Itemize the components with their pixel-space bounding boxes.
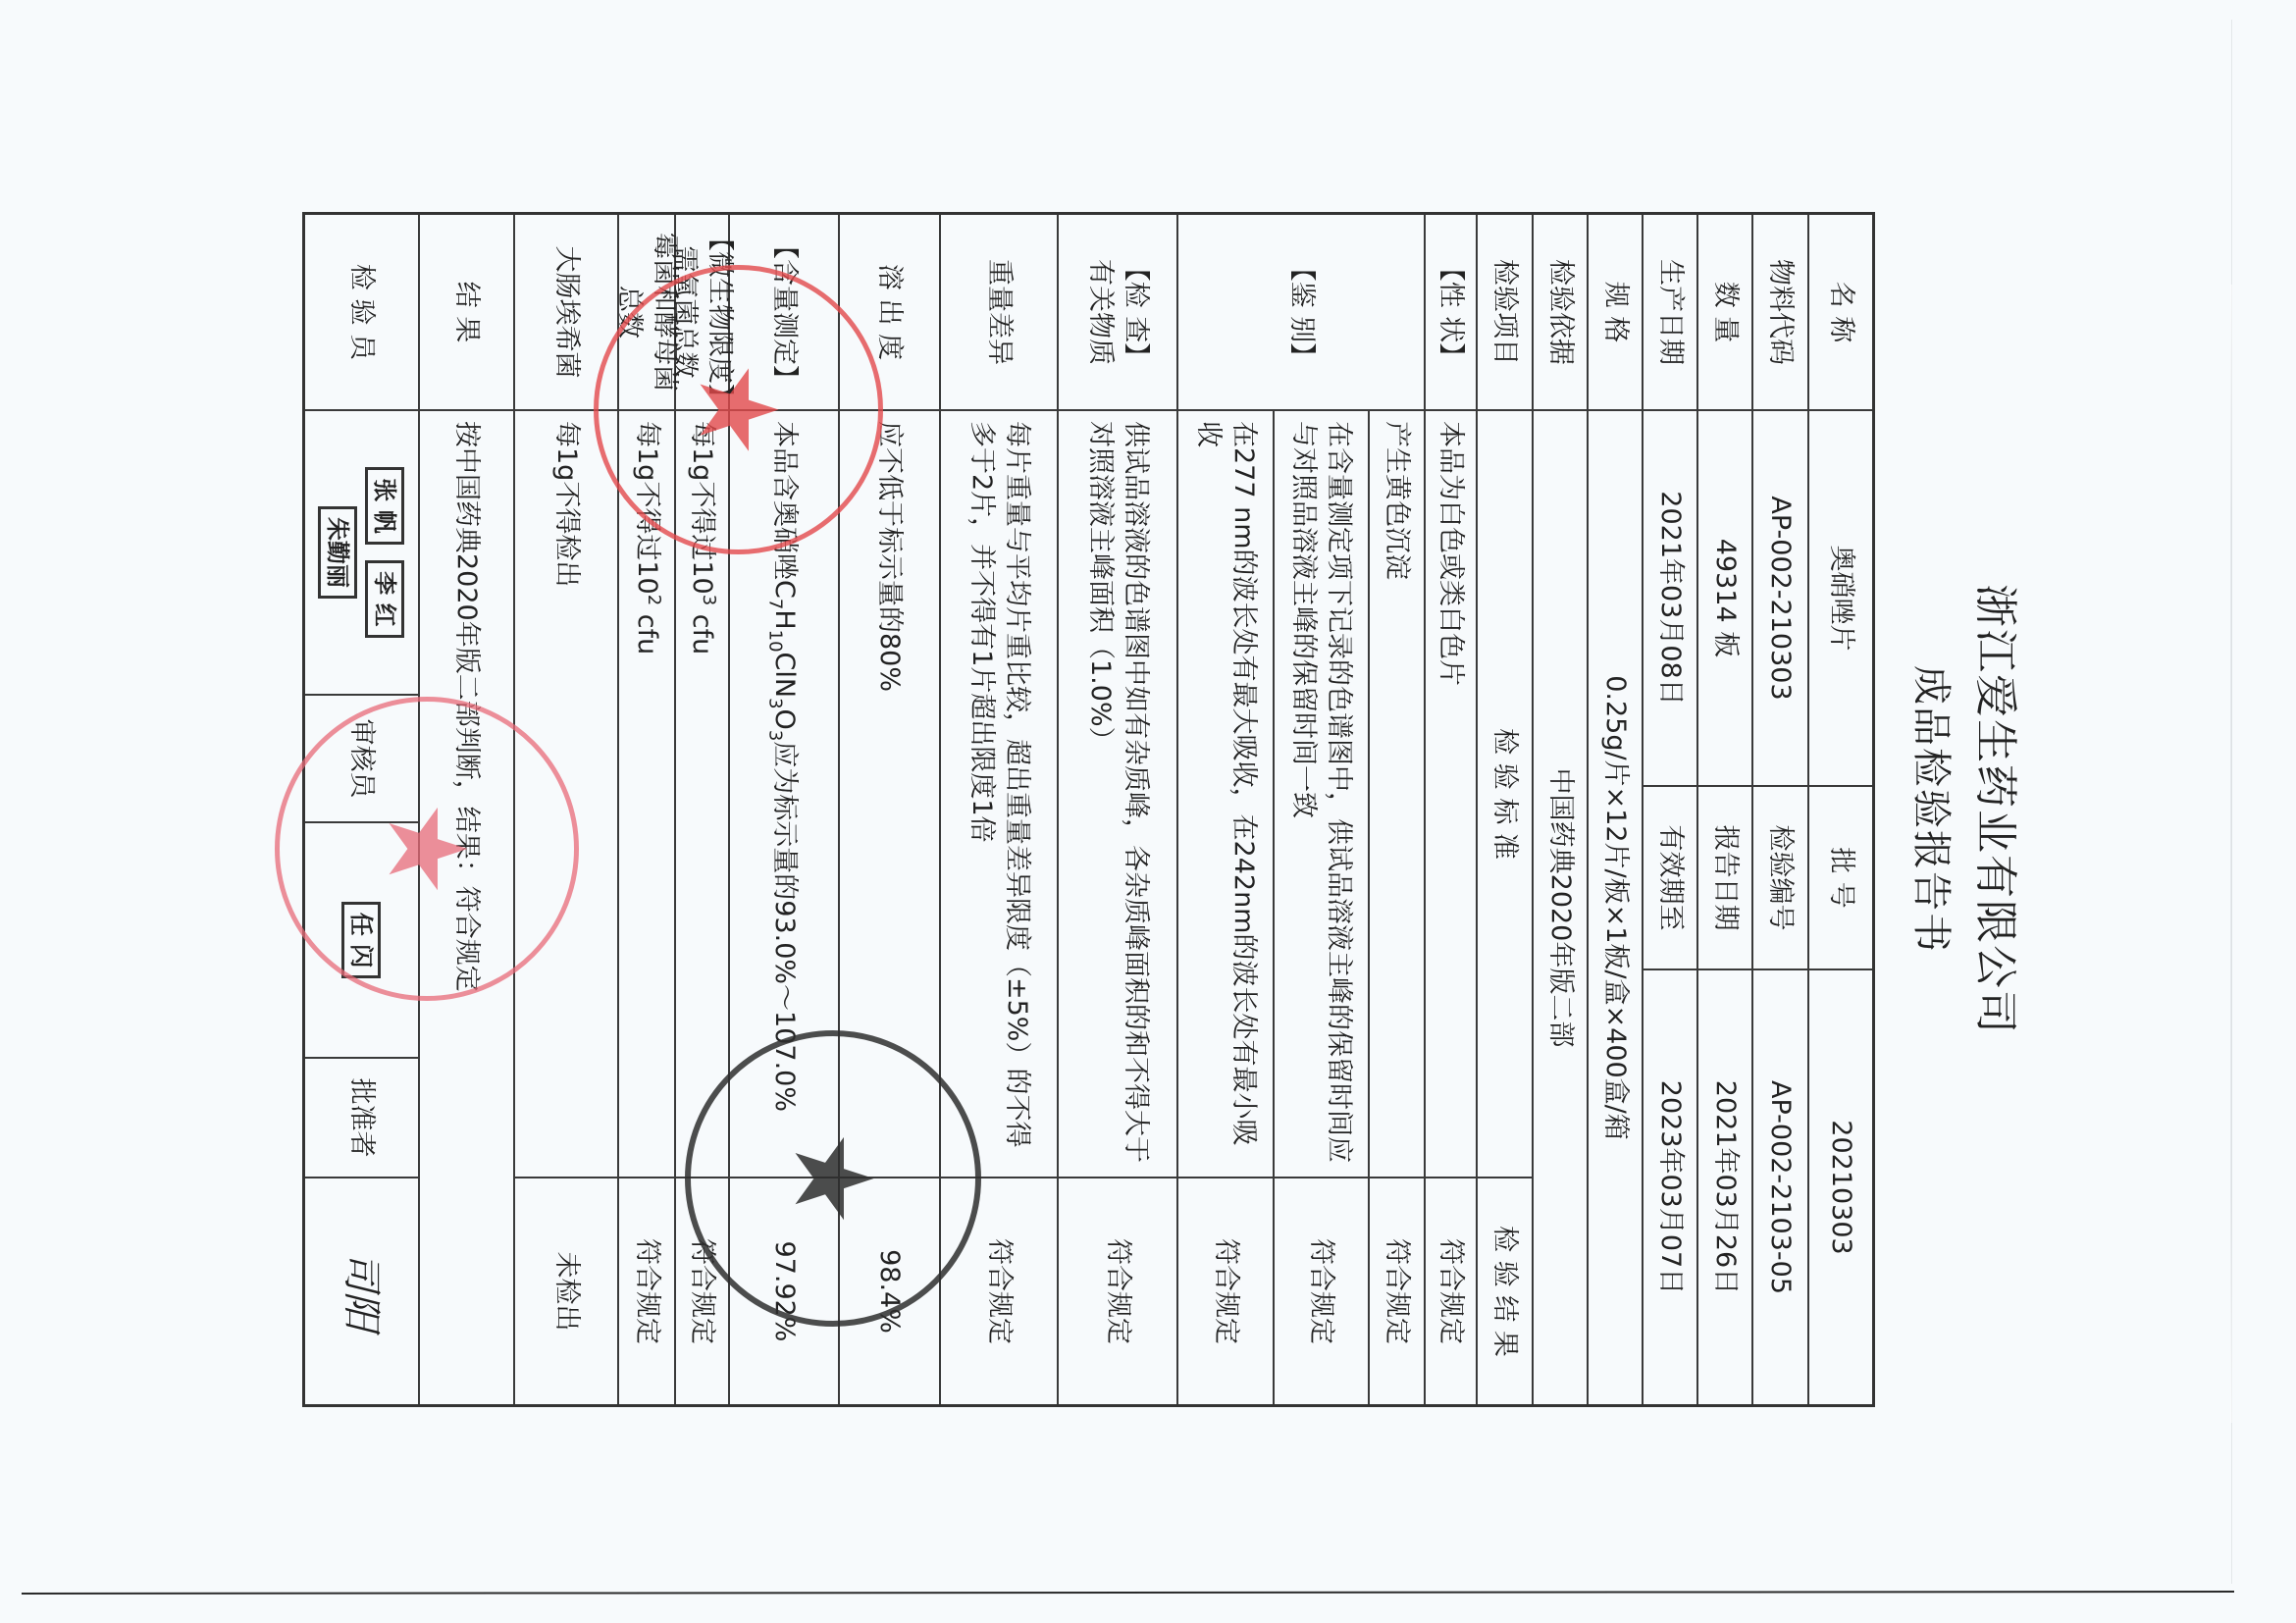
stamp-reviewer: 任 闪	[342, 902, 382, 978]
test-item: 霉菌和酵母菌总数	[617, 215, 674, 411]
report-title: 成品检验报告书	[1906, 212, 1962, 1407]
test-standard: 产生黄色沉淀	[1368, 411, 1424, 1178]
test-standard: 每1g不得过102 cfu	[617, 411, 674, 1178]
label-spec: 规 格	[1587, 215, 1642, 411]
test-standard: 本品为白色或类白色片	[1424, 411, 1476, 1178]
test-standard: 在277 nm的波长处有最大吸收，在242nm的波长处有最小吸收	[1176, 411, 1273, 1178]
reviewer-stamp-cell: 任 闪	[305, 823, 418, 1059]
value-report-date: 2021年03月26日	[1696, 970, 1751, 1404]
label-conclusion: 结 果	[418, 215, 513, 411]
test-result: 97.92%	[728, 1178, 838, 1404]
label-report-date: 报告日期	[1696, 787, 1751, 970]
value-batch: 20210303	[1807, 970, 1872, 1404]
value-quantity: 49314 板	[1696, 411, 1751, 787]
test-result: 98.4%	[838, 1178, 939, 1404]
label-material-code: 物料代码	[1751, 215, 1807, 411]
test-item: 大肠埃希菌	[513, 215, 617, 411]
inspection-report: 浙江爱生药业有限公司 成品检验报告书 名 称 奥硝唑片 批 号 20210303…	[245, 118, 2061, 1492]
report-table: 名 称 奥硝唑片 批 号 20210303 物料代码 AP-002-210303…	[302, 212, 1875, 1407]
test-item: 【鉴 别】	[1176, 215, 1424, 411]
test-result: 符合规定	[1368, 1178, 1424, 1404]
test-result: 符合规定	[1057, 1178, 1176, 1404]
test-item: 重量差异	[939, 215, 1057, 411]
test-standard: 在含量测定项下记录的色谱图中，供试品溶液主峰的保留时间应与对照品溶液主峰的保留时…	[1273, 411, 1368, 1178]
label-basis: 检验依据	[1532, 215, 1587, 411]
stamp-inspector-3: 李 红	[366, 560, 405, 637]
label-inspector: 检 验 员	[305, 215, 418, 411]
test-standard: 每1g不得检出	[513, 411, 617, 1178]
test-item: 【微生物限度】需氧菌总数	[674, 215, 728, 411]
approver-signature: 司阳	[305, 1178, 418, 1404]
test-result: 符合规定	[674, 1178, 728, 1404]
label-reviewer: 审核员	[305, 696, 418, 823]
column-standard: 检 验 标 准	[1476, 411, 1532, 1178]
test-item: 【含量测定】	[728, 215, 838, 411]
value-production-date: 2021年03月08日	[1642, 411, 1696, 787]
test-item: 【性 状】	[1424, 215, 1476, 411]
test-result: 符合规定	[1273, 1178, 1368, 1404]
scan-bottom-rule	[22, 1591, 2234, 1595]
inspector-stamps: 张 帆 李 红 朱勤丽	[305, 411, 418, 696]
stamp-inspector-1: 张 帆	[366, 467, 405, 544]
label-batch: 批 号	[1807, 787, 1872, 970]
test-standard: 每1g不得过103 cfu	[674, 411, 728, 1178]
test-result: 符合规定	[1424, 1178, 1476, 1404]
stamp-inspector-2: 朱勤丽	[319, 506, 358, 599]
label-quantity: 数 量	[1696, 215, 1751, 411]
test-item: 溶 出 度	[838, 215, 939, 411]
test-standard: 应不低于标示量的80%	[838, 411, 939, 1178]
test-standard: 供试品溶液的色谱图中如有杂质峰，各杂质峰面积的和不得大于对照溶液主峰面积（1.0…	[1057, 411, 1176, 1178]
test-standard: 本品含奥硝唑C7H10ClN3O3应为标示量的93.0%～107.0%	[728, 411, 838, 1178]
value-conclusion: 按中国药典2020年版二部判断，结果：符合规定	[418, 411, 513, 1404]
value-test-no: AP-002-2103-05	[1751, 970, 1807, 1404]
label-expiry: 有效期至	[1642, 787, 1696, 970]
company-name: 浙江爱生药业有限公司	[1968, 212, 2031, 1407]
test-result: 符合规定	[617, 1178, 674, 1404]
value-spec: 0.25g/片×12片/板×1板/盒×400盒/箱	[1587, 411, 1642, 1404]
column-result: 检 验 结 果	[1476, 1178, 1532, 1404]
value-expiry: 2023年03月07日	[1642, 970, 1696, 1404]
label-name: 名 称	[1807, 215, 1872, 411]
test-standard: 每片重量与平均片重比较，超出重量差异限度（±5%）的不得多于2片，并不得有1片超…	[939, 411, 1057, 1178]
test-item: 【检 查】有关物质	[1057, 215, 1176, 411]
label-test-no: 检验编号	[1751, 787, 1807, 970]
label-approver: 批准者	[305, 1059, 418, 1178]
value-basis: 中国药典2020年版二部	[1532, 411, 1587, 1404]
value-name: 奥硝唑片	[1807, 411, 1872, 787]
label-production-date: 生产日期	[1642, 215, 1696, 411]
test-result: 符合规定	[939, 1178, 1057, 1404]
test-result: 未检出	[513, 1178, 617, 1404]
column-item: 检验项目	[1476, 215, 1532, 411]
test-result: 符合规定	[1176, 1178, 1273, 1404]
scan-artifact	[2230, 285, 2232, 1423]
approver-handwriting: 司阳	[344, 1252, 380, 1331]
value-material-code: AP-002-210303	[1751, 411, 1807, 787]
